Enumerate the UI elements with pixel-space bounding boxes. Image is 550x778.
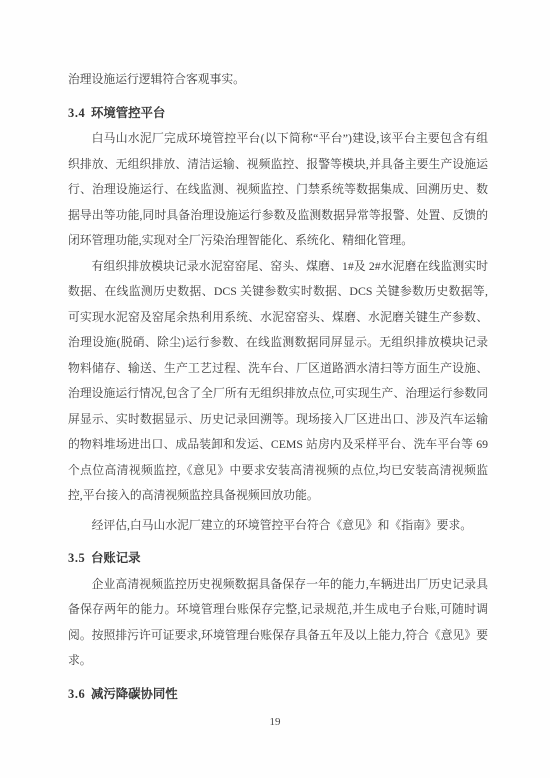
heading-number: 3.4 — [68, 106, 85, 120]
heading-number: 3.6 — [68, 687, 85, 701]
document-page: 治理设施运行逻辑符合客观事实。 3.4环境管控平台 白马山水泥厂完成环境管控平台… — [0, 0, 550, 778]
section-heading-3-6: 3.6减污降碳协同性 — [68, 682, 488, 708]
paragraph: 企业高清视频监控历史视频数据具备保存一年的能力,车辆进出厂历史记录具备保存两年的… — [68, 572, 488, 674]
section-heading-3-4: 3.4环境管控平台 — [68, 101, 488, 127]
section-heading-3-5: 3.5台账记录 — [68, 546, 488, 572]
paragraph-continuation: 治理设施运行逻辑符合客观事实。 — [68, 67, 488, 93]
heading-title: 减污降碳协同性 — [91, 687, 178, 701]
paragraph: 经评估,白马山水泥厂建立的环境管控平台符合《意见》和《指南》要求。 — [68, 513, 488, 539]
heading-title: 台账记录 — [91, 551, 141, 565]
heading-number: 3.5 — [68, 551, 85, 565]
paragraph: 白马山水泥厂完成环境管控平台(以下简称“平台”)建设,该平台主要包含有组织排放、… — [68, 126, 488, 254]
heading-title: 环境管控平台 — [91, 106, 165, 120]
paragraph: 有组织排放模块记录水泥窑窑尾、窑头、煤磨、1#及 2#水泥磨在线监测实时数据、在… — [68, 254, 488, 509]
page-number: 19 — [0, 714, 550, 730]
